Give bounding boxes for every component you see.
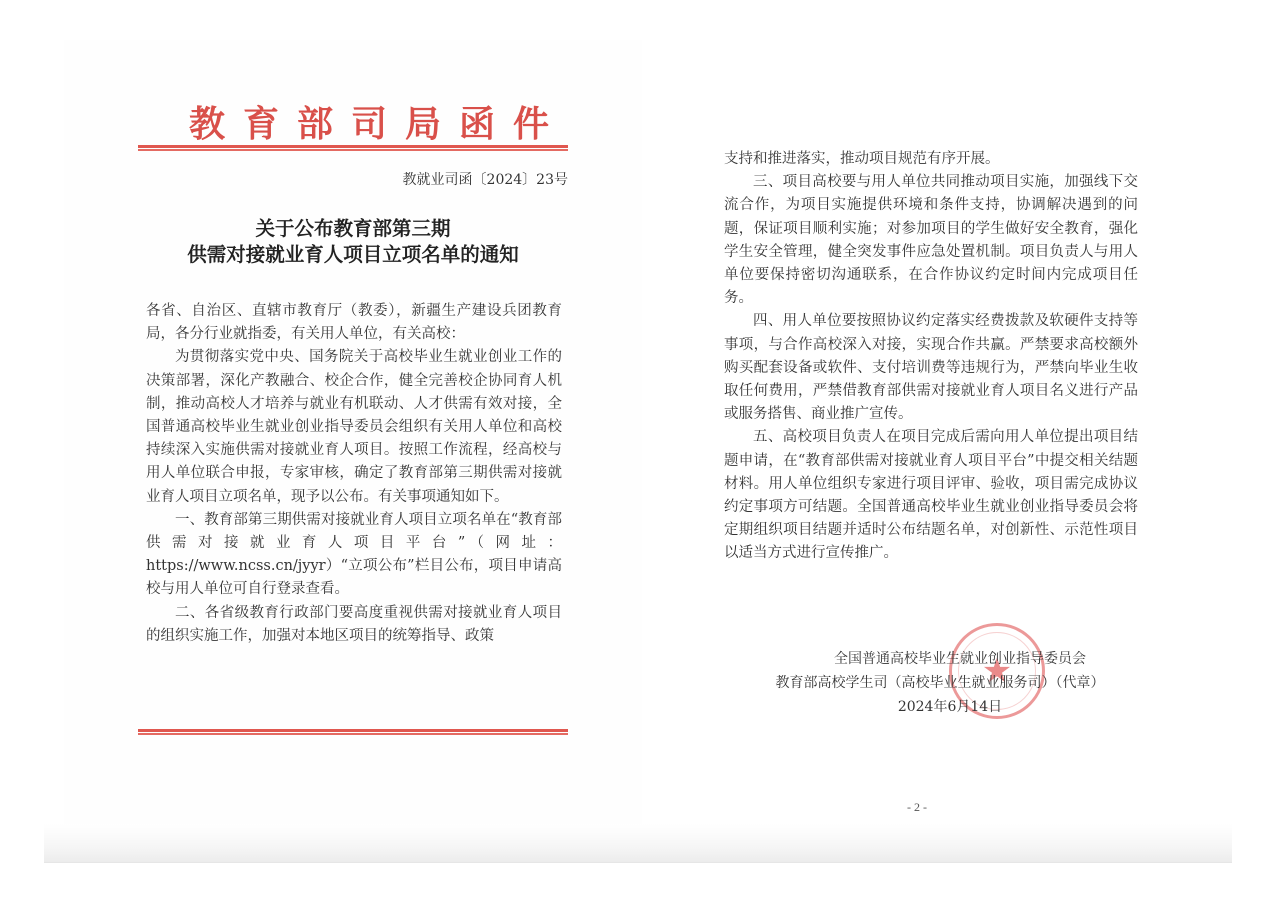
addressee: 各省、自治区、直辖市教育厅（教委），新疆生产建设兵团教育局，各分行业就指委，有关… [146,300,562,346]
document-page-2: 支持和推进落实，推动项目规范有序开展。 三、项目高校要与用人单位共同推动项目实施… [660,40,1200,824]
signatory-department: 教育部高校学生司（高校毕业生就业服务司）（代章） [750,671,1130,695]
signature-block: 全国普通高校毕业生就业创业指导委员会 教育部高校学生司（高校毕业生就业服务司）（… [750,647,1130,719]
footer-red-rule [138,729,568,735]
item-3-paragraph: 三、项目高校要与用人单位共同推动项目实施，加强线下交流合作，为项目实施提供环境和… [724,171,1138,310]
page-1-body: 各省、自治区、直辖市教育厅（教委），新疆生产建设兵团教育局，各分行业就指委，有关… [146,300,562,648]
page-2-body: 支持和推进落实，推动项目规范有序开展。 三、项目高校要与用人单位共同推动项目实施… [724,148,1138,566]
intro-paragraph: 为贯彻落实党中央、国务院关于高校毕业生就业创业工作的决策部署，深化产教融合、校企… [146,346,562,508]
scan-bottom-shadow [44,824,1232,863]
item-2-paragraph-start: 二、各省级教育行政部门要高度重视供需对接就业育人项目的组织实施工作，加强对本地区… [146,602,562,648]
item-2-paragraph-end: 支持和推进落实，推动项目规范有序开展。 [724,148,1138,171]
document-title-line-1: 关于公布教育部第三期 [138,216,568,242]
letterhead-title: 教育部司局函件 [168,96,588,147]
document-title: 关于公布教育部第三期 供需对接就业育人项目立项名单的通知 [138,216,568,268]
document-number: 教就业司函〔2024〕23号 [364,169,568,189]
document-title-line-2: 供需对接就业育人项目立项名单的通知 [138,242,568,268]
item-4-paragraph: 四、用人单位要按照协议约定落实经费拨款及软硬件支持等事项，与合作高校深入对接，实… [724,310,1138,426]
letterhead-red-rule [138,145,568,151]
item-5-paragraph: 五、高校项目负责人在项目完成后需向用人单位提出项目结题申请，在“教育部供需对接就… [724,426,1138,565]
page-number: - 2 - [897,800,937,815]
document-page-1: 教育部司局函件 教就业司函〔2024〕23号 关于公布教育部第三期 供需对接就业… [64,40,642,824]
item-1-paragraph: 一、教育部第三期供需对接就业育人项目立项名单在“教育部供需对接就业育人项目平台”… [146,509,562,602]
signature-date: 2024年6月14日 [750,695,1130,719]
signatory-committee: 全国普通高校毕业生就业创业指导委员会 [750,647,1130,671]
